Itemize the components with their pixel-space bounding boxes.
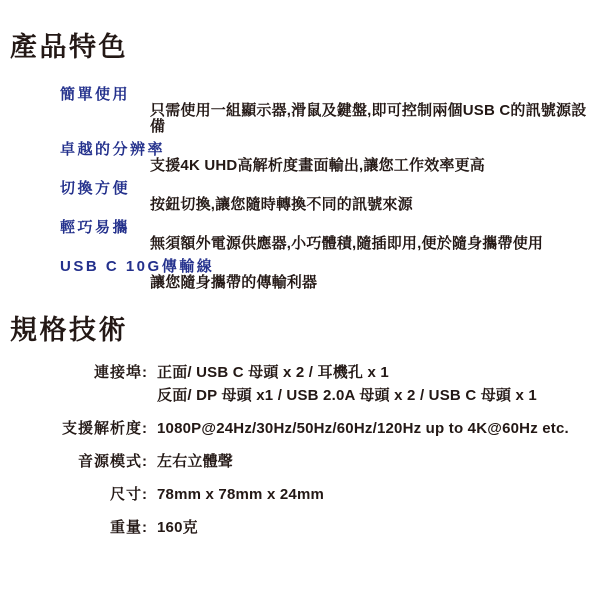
spec-label: 支援解析度: [10, 417, 148, 440]
feature-description: 無須額外電源供應器,小巧體積,隨插即用,便於隨身攜帶使用 [150, 236, 600, 252]
spec-label: 尺寸: [10, 483, 148, 506]
feature-item-usbc-cable: USB C 10G傳輸線 讓您隨身攜帶的傳輸利器 [10, 259, 600, 291]
feature-item-portable: 輕巧易攜 無須額外電源供應器,小巧體積,隨插即用,便於隨身攜帶使用 [10, 220, 600, 252]
spec-value: 78mm x 78mm x 24mm [157, 483, 324, 506]
feature-heading: 簡單使用 [60, 87, 600, 103]
feature-heading: 卓越的分辨率 [60, 142, 600, 158]
feature-description: 只需使用一組顯示器,滑鼠及鍵盤,即可控制兩個USB C的訊號源設備 [150, 103, 600, 135]
feature-item-resolution: 卓越的分辨率 支援4K UHD高解析度畫面輸出,讓您工作效率更高 [10, 142, 600, 174]
feature-item-simple-use: 簡單使用 只需使用一組顯示器,滑鼠及鍵盤,即可控制兩個USB C的訊號源設備 [10, 87, 600, 135]
product-info-page: 產品特色 簡單使用 只需使用一組顯示器,滑鼠及鍵盤,即可控制兩個USB C的訊號… [0, 0, 600, 600]
spec-label: 連接埠: [10, 361, 148, 384]
feature-heading: 切換方便 [60, 181, 600, 197]
spec-value: 1080P@24Hz/30Hz/50Hz/60Hz/120Hz up to 4K… [157, 417, 569, 440]
specs-table: 連接埠: 正面/ USB C 母頭 x 2 / 耳機孔 x 1 反面/ DP 母… [10, 361, 600, 539]
spec-value: 160克 [157, 516, 198, 539]
feature-description: 支援4K UHD高解析度畫面輸出,讓您工作效率更高 [150, 158, 600, 174]
spec-row-weight: 重量: 160克 [10, 516, 600, 539]
spec-row-dimensions: 尺寸: 78mm x 78mm x 24mm [10, 483, 600, 506]
spec-label: 重量: [10, 516, 148, 539]
feature-description: 按鈕切換,讓您隨時轉換不同的訊號來源 [150, 197, 600, 213]
features-section-title: 產品特色 [10, 33, 600, 61]
spec-value: 左右立體聲 [157, 450, 233, 473]
spec-row-audio-mode: 音源模式: 左右立體聲 [10, 450, 600, 473]
spec-value-line-back: 反面/ DP 母頭 x1 / USB 2.0A 母頭 x 2 / USB C 母… [157, 384, 537, 407]
spec-row-resolution: 支援解析度: 1080P@24Hz/30Hz/50Hz/60Hz/120Hz u… [10, 417, 600, 440]
feature-description: 讓您隨身攜帶的傳輸利器 [150, 275, 600, 291]
feature-heading: 輕巧易攜 [60, 220, 600, 236]
spec-label: 音源模式: [10, 450, 148, 473]
spec-row-ports: 連接埠: 正面/ USB C 母頭 x 2 / 耳機孔 x 1 反面/ DP 母… [10, 361, 600, 407]
features-list: 簡單使用 只需使用一組顯示器,滑鼠及鍵盤,即可控制兩個USB C的訊號源設備 卓… [10, 87, 600, 291]
specs-section-title: 規格技術 [10, 316, 600, 344]
spec-value: 正面/ USB C 母頭 x 2 / 耳機孔 x 1 反面/ DP 母頭 x1 … [157, 361, 537, 407]
feature-item-switching: 切換方便 按鈕切換,讓您隨時轉換不同的訊號來源 [10, 181, 600, 213]
feature-heading: USB C 10G傳輸線 [60, 259, 600, 275]
spec-value-line-front: 正面/ USB C 母頭 x 2 / 耳機孔 x 1 [157, 361, 537, 384]
